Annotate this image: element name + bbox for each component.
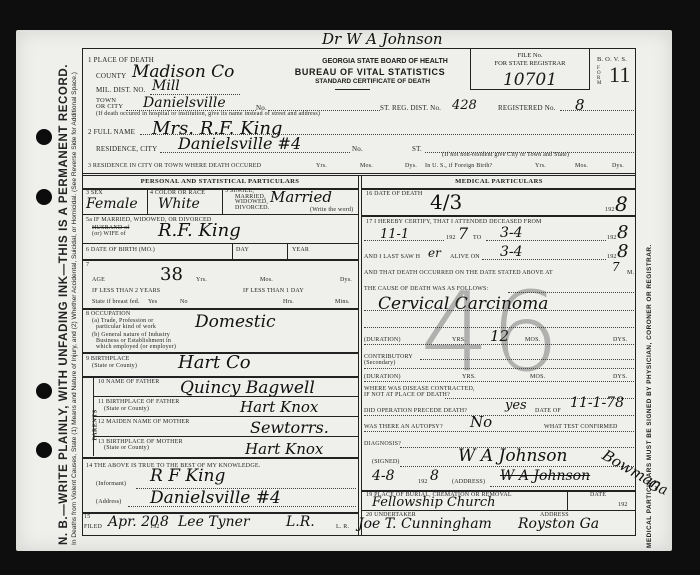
town-label: TOWN OR CITY bbox=[96, 98, 124, 110]
registered-value: 8 bbox=[575, 96, 585, 114]
form-label: FORM bbox=[597, 66, 603, 86]
overlay-mark: 46 bbox=[420, 268, 560, 396]
dotted-line bbox=[364, 240, 444, 241]
registered-label: REGISTERED No. bbox=[498, 104, 556, 112]
sign-date-value: 4-8 bbox=[372, 468, 395, 484]
dotted-line bbox=[400, 466, 634, 467]
residence-st-label: ST. bbox=[412, 145, 422, 153]
sign-address-value: W A Johnson bbox=[500, 468, 590, 484]
row-rule bbox=[82, 243, 358, 244]
signed-label: (SIGNED) bbox=[372, 459, 400, 465]
section-rule bbox=[82, 175, 636, 176]
date-of-death-label: 16 DATE OF DEATH bbox=[366, 191, 422, 197]
file-label-1: FILE No. bbox=[471, 52, 589, 60]
dotted-line bbox=[160, 152, 350, 153]
hospital-note: (If death occured in hospital or institu… bbox=[96, 111, 320, 117]
age-value: 38 bbox=[160, 264, 183, 285]
birthplace-value: Hart Co bbox=[178, 352, 251, 373]
filed-year: 8 bbox=[160, 514, 169, 530]
lr-label: L. R. bbox=[336, 524, 349, 530]
dotted-line bbox=[364, 431, 634, 432]
filed-number: 15 bbox=[84, 514, 90, 520]
residence-length-label: 3 RESIDENCE IN CITY OR TOWN WHERE DEATH … bbox=[88, 163, 261, 169]
foreign-birth-label: In U. S., if Foreign Birth? bbox=[425, 163, 492, 169]
dotted-line bbox=[486, 240, 606, 241]
dys-label: Dys. bbox=[405, 163, 417, 169]
dotted-line bbox=[490, 486, 634, 487]
form-number: 11 bbox=[609, 62, 631, 88]
top-annotation: Dr W A Johnson bbox=[322, 30, 443, 48]
occupation-label: 8 OCCUPATION bbox=[86, 311, 130, 317]
father-birthplace-label: 11 BIRTHPLACE OF FATHER bbox=[98, 399, 179, 405]
to-year-prefix: 192 bbox=[607, 235, 617, 241]
file-number: 10701 bbox=[471, 70, 589, 90]
residence-note: (If not non-resident give City or Town a… bbox=[442, 152, 569, 158]
filed-registrar-suffix: L.R. bbox=[286, 514, 315, 530]
mins-label: Mins. bbox=[335, 299, 350, 305]
mil-dist-value: Mill bbox=[152, 78, 180, 94]
less-than-2-years-label: IF LESS THAN 2 YEARS bbox=[92, 288, 160, 294]
full-name-label: 2 FULL NAME bbox=[88, 128, 135, 136]
race-value: White bbox=[158, 196, 200, 212]
year-label: YEAR bbox=[292, 247, 309, 253]
marital-note: (Write the word) bbox=[310, 207, 353, 213]
age-label: AGE bbox=[92, 277, 105, 283]
mother-birthplace-value: Hart Knox bbox=[245, 440, 323, 458]
operation-value: yes bbox=[505, 398, 527, 413]
breast-fed-yes: Yes bbox=[148, 299, 157, 305]
father-name-value: Quincy Bagwell bbox=[180, 378, 315, 398]
row-rule bbox=[82, 308, 358, 310]
header-rule bbox=[335, 89, 370, 90]
informant-address-label: (Address) bbox=[96, 499, 121, 505]
column-divider bbox=[358, 176, 359, 536]
marital-value: Married bbox=[270, 188, 332, 206]
age-yrs-label: Yrs. bbox=[196, 277, 207, 283]
duration2-label: (DURATION) bbox=[364, 374, 401, 380]
sign-address-label: (ADDRESS) bbox=[452, 479, 485, 485]
county-value: Madison Co bbox=[132, 62, 234, 82]
test-confirmed-label: WHAT TEST CONFIRMED bbox=[544, 424, 617, 430]
row-rule bbox=[362, 510, 636, 511]
mother-name-label: 12 MAIDEN NAME OF MOTHER bbox=[98, 419, 189, 425]
dotted-line bbox=[364, 415, 634, 416]
cell-divider bbox=[567, 490, 568, 510]
right-margin-note: MEDICAL PARTICULARS MUST BE SIGNED BY PH… bbox=[646, 244, 653, 548]
medical-section-title: MEDICAL PARTICULARS bbox=[362, 178, 636, 185]
row-rule bbox=[362, 215, 636, 217]
left-margin-instructions: N. B.—WRITE PLAINLY, WITH UNFADING INK—T… bbox=[58, 64, 78, 545]
father-birthplace-sub-label: (State or County) bbox=[104, 406, 149, 412]
header-line-1: GEORGIA STATE BOARD OF HEALTH bbox=[300, 58, 470, 65]
operation-date-label: DATE OF bbox=[535, 408, 561, 414]
undertaker-address-value: Royston Ga bbox=[518, 516, 599, 532]
cell-divider bbox=[232, 243, 233, 259]
hrs-label: Hrs. bbox=[283, 299, 294, 305]
dob-label: 6 DATE OF BIRTH (MO.) bbox=[86, 247, 155, 253]
sign-year-value: 8 bbox=[430, 468, 439, 484]
st-reg-dist-value: 428 bbox=[452, 98, 477, 113]
yrs-label: Yrs. bbox=[316, 163, 327, 169]
residence-no-label: No. bbox=[352, 145, 363, 153]
mos-label: Mos. bbox=[575, 163, 588, 169]
cell-divider bbox=[287, 243, 288, 259]
informant-address-value: Danielsville #4 bbox=[150, 488, 281, 508]
dotted-line bbox=[482, 259, 606, 260]
autopsy-value: No bbox=[470, 413, 492, 431]
attended-to-value: 3-4 bbox=[500, 225, 523, 241]
punch-hole bbox=[36, 189, 52, 205]
from-year-value: 7 bbox=[458, 224, 468, 243]
file-number-box: FILE No. FOR STATE REGISTRAR 10701 bbox=[470, 48, 590, 90]
dotted-line bbox=[560, 110, 634, 111]
informant-label: (Informant) bbox=[96, 481, 126, 487]
dotted-line bbox=[128, 506, 356, 507]
age-dys-label: Dys. bbox=[340, 277, 352, 283]
row-rule bbox=[82, 259, 358, 261]
row-rule bbox=[82, 457, 358, 459]
cell-divider bbox=[147, 188, 148, 214]
sex-value: Female bbox=[86, 196, 138, 212]
informant-value: R F King bbox=[150, 466, 225, 486]
cell-divider bbox=[222, 188, 223, 214]
alive-on-value: 3-4 bbox=[500, 244, 523, 260]
sign-year-prefix: 192 bbox=[418, 479, 428, 485]
filed-registrar: Lee Tyner bbox=[178, 514, 250, 530]
dys-label: Dys. bbox=[612, 163, 624, 169]
filed-label: FILED bbox=[84, 524, 102, 530]
from-year-prefix: 192 bbox=[446, 235, 456, 241]
death-time-value: 7 bbox=[612, 260, 620, 274]
alive-year-value: 8 bbox=[617, 241, 628, 262]
date-of-death-value: 4/3 bbox=[430, 190, 462, 214]
county-label: COUNTY bbox=[96, 72, 126, 80]
margin-line-1: N. B.—WRITE PLAINLY, WITH UNFADING INK—T… bbox=[58, 64, 70, 545]
breast-fed-no: No bbox=[180, 299, 188, 305]
margin-line-2: In Deaths from Violent Causes, State (1)… bbox=[71, 64, 78, 545]
town-value: Danielsville bbox=[143, 95, 226, 111]
wife-of-label: (or) WIFE of bbox=[92, 231, 126, 237]
section-rule bbox=[82, 173, 636, 174]
dod-year-value: 8 bbox=[615, 192, 628, 216]
header-line-2: BUREAU OF VITAL STATISTICS bbox=[270, 67, 470, 77]
marital-option-divorced: DIVORCED. bbox=[225, 206, 269, 212]
less-than-1-day-label: IF LESS THAN 1 DAY bbox=[243, 288, 304, 294]
duration-label: (DURATION) bbox=[364, 337, 401, 343]
age-mos-label: Mos. bbox=[260, 277, 273, 283]
duration2-dys-label: DYS. bbox=[613, 374, 627, 380]
mother-birthplace-sub-label: (State or County) bbox=[104, 445, 149, 451]
father-name-label: 10 NAME OF FATHER bbox=[98, 379, 159, 385]
occupation-a-label-2: particular kind of work bbox=[96, 324, 156, 330]
operation-label: DID OPERATION PRECEDE DEATH? bbox=[364, 408, 467, 414]
row-rule bbox=[93, 436, 358, 437]
diagnosis-label: DIAGNOSIS? bbox=[364, 441, 401, 447]
marital-options: 5 SINGLE, MARRIED, WIDOWED, DIVORCED. bbox=[225, 189, 269, 211]
autopsy-label: WAS THERE AN AUTOPSY? bbox=[364, 424, 443, 430]
m-label: M. bbox=[627, 270, 634, 276]
burial-year-prefix: 192 bbox=[618, 502, 628, 508]
father-birthplace-value: Hart Knox bbox=[240, 398, 318, 416]
row-rule bbox=[93, 396, 358, 397]
last-saw-pronoun: er bbox=[428, 246, 441, 260]
contributory-sub-label: (Secondary) bbox=[364, 360, 396, 366]
st-reg-dist-label: ST. REG. DIST. No. bbox=[380, 104, 441, 112]
to-year-value: 8 bbox=[617, 222, 628, 243]
residence-value: Danielsville #4 bbox=[178, 134, 301, 153]
day-label: DAY bbox=[236, 247, 249, 253]
filed-year-prefix: 192 bbox=[150, 524, 160, 530]
age-number: 7 bbox=[86, 262, 89, 268]
header-line-3: STANDARD CERTIFICATE OF DEATH bbox=[275, 78, 470, 85]
spouse-value: R.F. King bbox=[158, 220, 241, 241]
punch-hole bbox=[36, 442, 52, 458]
section-rule bbox=[362, 188, 636, 190]
burial-date-label: DATE bbox=[590, 492, 606, 498]
last-saw-label: AND I LAST SAW H bbox=[364, 254, 420, 260]
row-rule bbox=[82, 214, 358, 215]
column-divider bbox=[361, 176, 362, 536]
alive-on-label: ALIVE ON bbox=[450, 254, 480, 260]
yrs-label: Yrs. bbox=[535, 163, 546, 169]
breast-fed-label: State if breast fed. bbox=[92, 299, 140, 305]
undertaker-value: Joe T. Cunningham bbox=[358, 516, 492, 532]
to-label: TO bbox=[473, 235, 481, 241]
operation-date-value: 11-1-78 bbox=[570, 395, 624, 411]
mil-dist-label: MIL. DIST. NO. bbox=[96, 86, 146, 94]
file-label-2: FOR STATE REGISTRAR bbox=[471, 60, 589, 68]
occupation-b-label-3: which employed (or employer) bbox=[96, 344, 176, 350]
duration-dys-label: DYS. bbox=[613, 337, 627, 343]
row-rule bbox=[93, 416, 358, 417]
birthplace-sub-label: (State or County) bbox=[92, 363, 137, 369]
punch-hole bbox=[36, 129, 52, 145]
mother-name-value: Sewtorrs. bbox=[250, 418, 329, 437]
occupation-value: Domestic bbox=[195, 312, 276, 332]
burial-value: Fellowship Church bbox=[372, 495, 496, 510]
punch-hole bbox=[36, 383, 52, 399]
residence-label: RESIDENCE, CITY bbox=[96, 145, 157, 153]
dod-year-prefix: 192 bbox=[605, 207, 615, 213]
personal-section-title: PERSONAL AND STATISTICAL PARTICULARS bbox=[82, 178, 358, 185]
birthplace-label: 9 BIRTHPLACE bbox=[86, 356, 130, 362]
signed-value: W A Johnson bbox=[458, 446, 567, 466]
mos-label: Mos. bbox=[360, 163, 373, 169]
